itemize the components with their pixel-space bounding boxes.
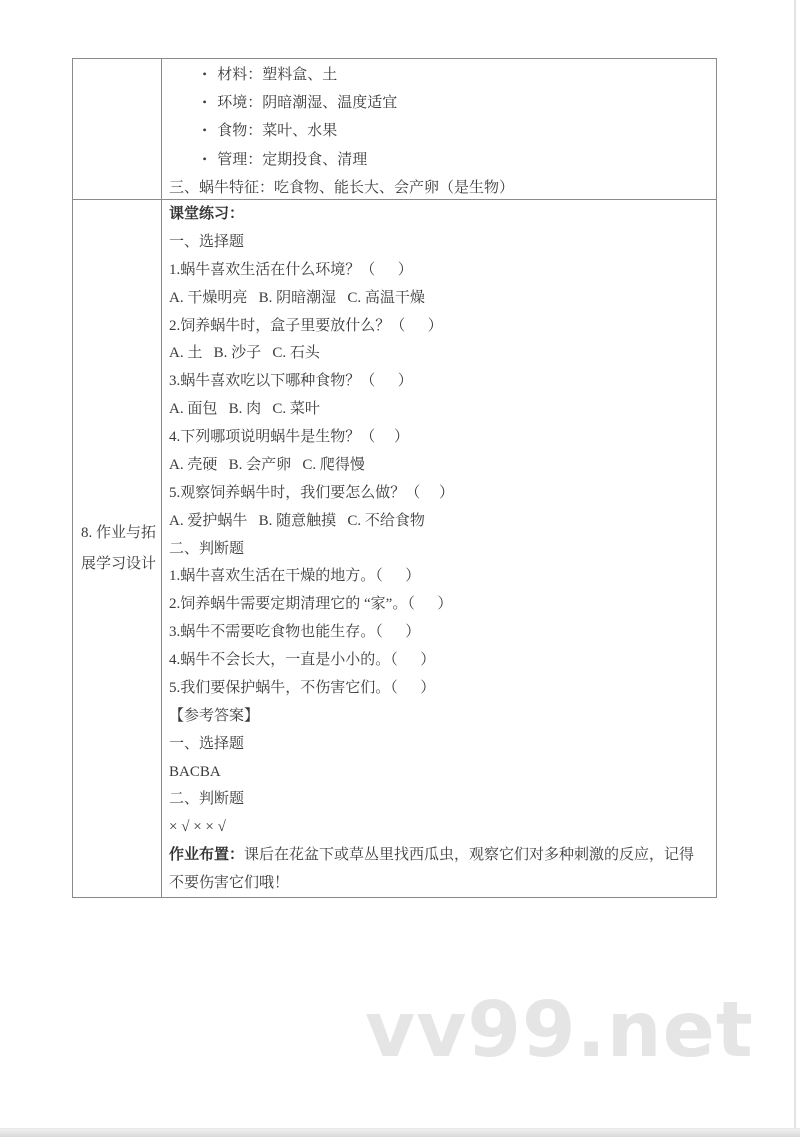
line-text: 2.饲养蜗牛时，盒子里要放什么？（ ）	[169, 318, 443, 334]
bullet-item: •材料：塑料盒、土	[169, 61, 708, 89]
section-label: 8. 作业与拓展学习设计	[81, 518, 156, 580]
practice-line: 5.观察饲养蜗牛时，我们要怎么做？（ ）	[169, 480, 708, 508]
line-text: 3.蜗牛喜欢吃以下哪种食物？（ ）	[169, 373, 413, 389]
practice-line: 二、判断题	[169, 786, 708, 814]
practice-line: × √ × × √	[169, 814, 708, 842]
line-text: A. 土 B. 沙子 C. 石头	[169, 345, 320, 361]
line-text: 课后在花盆下或草丛里找西瓜虫，观察它们对多种刺激的反应，记得不要伤害它们哦！	[169, 847, 694, 891]
practice-line: 1.蜗牛喜欢生活在什么环境？（ ）	[169, 257, 708, 285]
watermark: vv99.net	[365, 986, 754, 1075]
practice-line: 一、选择题	[169, 731, 708, 759]
line-text: 5.观察饲养蜗牛时，我们要怎么做？（ ）	[169, 485, 454, 501]
line-bold-prefix: 课堂练习：	[169, 206, 244, 222]
table-row-feeding-plan: •材料：塑料盒、土 •环境：阴暗潮湿、温度适宜 •食物：菜叶、水果 •管理：定期…	[73, 59, 716, 200]
practice-line: 二、判断题	[169, 536, 708, 564]
practice-line: 一、选择题	[169, 229, 708, 257]
line-text: 一、选择题	[169, 736, 244, 752]
line-text: 二、判断题	[169, 791, 244, 807]
bullet-icon: •	[203, 64, 207, 87]
row-top-left-cell	[73, 59, 162, 199]
bullet-icon: •	[203, 148, 207, 171]
line-text: 2.饲养蜗牛需要定期清理它的 “家”。（ ）	[169, 596, 452, 612]
line-text: 4.蜗牛不会长大，一直是小小的。（ ）	[169, 652, 435, 668]
bullet-icon: •	[203, 92, 207, 115]
row-main-left-cell: 8. 作业与拓展学习设计	[73, 200, 162, 897]
line-text: 3.蜗牛不需要吃食物也能生存。（ ）	[169, 624, 420, 640]
line-text: 1.蜗牛喜欢生活在干燥的地方。（ ）	[169, 568, 420, 584]
bottom-scrollbar-track[interactable]	[0, 1128, 800, 1137]
line-text: A. 干燥明亮 B. 阴暗潮湿 C. 高温干燥	[169, 290, 425, 306]
practice-line: 作业布置：课后在花盆下或草丛里找西瓜虫，观察它们对多种刺激的反应，记得不要伤害它…	[169, 842, 708, 898]
practice-lines: 课堂练习： 一、选择题 1.蜗牛喜欢生活在什么环境？（ ） A. 干燥明亮 B.…	[169, 201, 708, 898]
line-text: A. 爱护蜗牛 B. 随意触摸 C. 不给食物	[169, 513, 425, 529]
practice-line: 5.我们要保护蜗牛，不伤害它们。（ ）	[169, 675, 708, 703]
bullet-text: 管理：定期投食、清理	[217, 152, 367, 168]
practice-line: A. 爱护蜗牛 B. 随意触摸 C. 不给食物	[169, 508, 708, 536]
practice-line: 2.饲养蜗牛时，盒子里要放什么？（ ）	[169, 313, 708, 341]
line-text: A. 壳硬 B. 会产卵 C. 爬得慢	[169, 457, 365, 473]
bullet-text: 材料：塑料盒、土	[217, 67, 337, 83]
line-text: A. 面包 B. 肉 C. 菜叶	[169, 401, 320, 417]
practice-line: 3.蜗牛不需要吃食物也能生存。（ ）	[169, 619, 708, 647]
bullet-list: •材料：塑料盒、土 •环境：阴暗潮湿、温度适宜 •食物：菜叶、水果 •管理：定期…	[169, 61, 708, 174]
line-text: 5.我们要保护蜗牛，不伤害它们。（ ）	[169, 680, 435, 696]
row-top-content-cell: •材料：塑料盒、土 •环境：阴暗潮湿、温度适宜 •食物：菜叶、水果 •管理：定期…	[162, 59, 716, 199]
bullet-item: •管理：定期投食、清理	[169, 146, 708, 174]
practice-line: 3.蜗牛喜欢吃以下哪种食物？（ ）	[169, 368, 708, 396]
line-text: 二、判断题	[169, 541, 244, 557]
bullet-icon: •	[203, 120, 207, 143]
practice-line: BACBA	[169, 759, 708, 787]
line-text: 1.蜗牛喜欢生活在什么环境？（ ）	[169, 262, 413, 278]
line-text: 【参考答案】	[169, 708, 259, 724]
bullet-text: 食物：菜叶、水果	[217, 123, 337, 139]
line-text: × √ × × √	[169, 819, 226, 835]
lesson-plan-table: •材料：塑料盒、土 •环境：阴暗潮湿、温度适宜 •食物：菜叶、水果 •管理：定期…	[72, 58, 717, 898]
classroom-practice-cell: 课堂练习： 一、选择题 1.蜗牛喜欢生活在什么环境？（ ） A. 干燥明亮 B.…	[162, 200, 716, 897]
practice-line: 4.下列哪项说明蜗牛是生物？（ ）	[169, 424, 708, 452]
practice-line: A. 壳硬 B. 会产卵 C. 爬得慢	[169, 452, 708, 480]
practice-line: 【参考答案】	[169, 703, 708, 731]
bullet-text: 环境：阴暗潮湿、温度适宜	[217, 95, 397, 111]
line-text: 4.下列哪项说明蜗牛是生物？（ ）	[169, 429, 409, 445]
practice-line: 4.蜗牛不会长大，一直是小小的。（ ）	[169, 647, 708, 675]
practice-line: A. 面包 B. 肉 C. 菜叶	[169, 396, 708, 424]
line-bold-prefix: 作业布置：	[169, 847, 244, 863]
snail-traits-line: 三、蜗牛特征：吃食物、能长大、会产卵（是生物）	[169, 174, 708, 202]
line-text: 一、选择题	[169, 234, 244, 250]
practice-line: 1.蜗牛喜欢生活在干燥的地方。（ ）	[169, 563, 708, 591]
practice-line: A. 土 B. 沙子 C. 石头	[169, 340, 708, 368]
practice-line: A. 干燥明亮 B. 阴暗潮湿 C. 高温干燥	[169, 285, 708, 313]
line-text: BACBA	[169, 764, 221, 780]
bullet-item: •食物：菜叶、水果	[169, 117, 708, 145]
practice-line: 课堂练习：	[169, 201, 708, 229]
table-row-homework-design: 8. 作业与拓展学习设计 课堂练习： 一、选择题 1.蜗牛喜欢生活在什么环境？（…	[73, 200, 716, 897]
page-right-edge-line	[794, 0, 796, 1128]
practice-line: 2.饲养蜗牛需要定期清理它的 “家”。（ ）	[169, 591, 708, 619]
bullet-item: •环境：阴暗潮湿、温度适宜	[169, 89, 708, 117]
